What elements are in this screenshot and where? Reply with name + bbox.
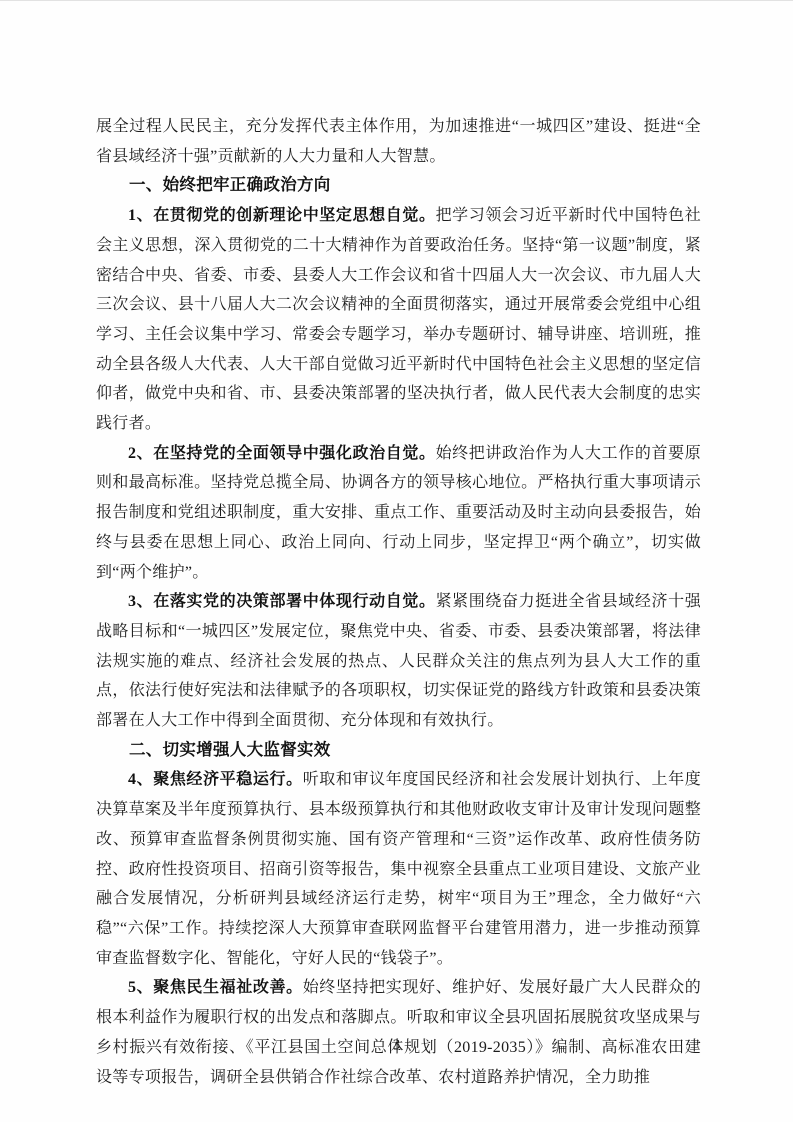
paragraph-2-lead: 2、在坚持党的全面领导中强化政治自觉。 <box>128 445 436 462</box>
paragraph-4: 4、聚焦经济平稳运行。听取和审议年度国民经济和社会发展计划执行、上年度决算草案及… <box>96 765 701 973</box>
paragraph-2-text: 始终把讲政治作为人大工作的首要原则和最高标准。坚持党总揽全局、协调各方的领导核心… <box>96 445 701 581</box>
section-heading-1: 一、始终把牢正确政治方向 <box>96 171 701 201</box>
paragraph-5-lead: 5、聚焦民生福祉改善。 <box>128 979 303 996</box>
paragraph-1-lead: 1、在贯彻党的创新理论中坚定思想自觉。 <box>128 207 436 224</box>
paragraph-3-text: 紧紧围绕奋力挺进全省县域经济十强战略目标和“一城四区”发展定位，聚焦党中央、省委… <box>96 593 701 729</box>
document-body: 展全过程人民民主，充分发挥代表主体作用，为加速推进“一城四区”建设、挺进“全省县… <box>96 112 701 1092</box>
document-page: 展全过程人民民主，充分发挥代表主体作用，为加速推进“一城四区”建设、挺进“全省县… <box>0 0 793 1122</box>
section-heading-2: 二、切实增强人大监督实效 <box>96 736 701 766</box>
page-top-edge <box>0 0 793 1</box>
paragraph-4-lead: 4、聚焦经济平稳运行。 <box>128 771 303 788</box>
paragraph-1: 1、在贯彻党的创新理论中坚定思想自觉。把学习领会习近平新时代中国特色社会主义思想… <box>96 201 701 439</box>
paragraph-5: 5、聚焦民生福祉改善。始终坚持把实现好、维护好、发展好最广大人民群众的根本利益作… <box>96 973 701 1092</box>
paragraph-4-text: 听取和审议年度国民经济和社会发展计划执行、上年度决算草案及半年度预算执行、县本级… <box>96 771 701 966</box>
paragraph-3-lead: 3、在落实党的决策部署中体现行动自觉。 <box>128 593 436 610</box>
page-number: 3 <box>0 1035 793 1055</box>
paragraph-3: 3、在落实党的决策部署中体现行动自觉。紧紧围绕奋力挺进全省县域经济十强战略目标和… <box>96 587 701 736</box>
paragraph-2: 2、在坚持党的全面领导中强化政治自觉。始终把讲政治作为人大工作的首要原则和最高标… <box>96 439 701 588</box>
continued-paragraph: 展全过程人民民主，充分发挥代表主体作用，为加速推进“一城四区”建设、挺进“全省县… <box>96 112 701 171</box>
paragraph-1-text: 把学习领会习近平新时代中国特色社会主义思想，深入贯彻党的二十大精神作为首要政治任… <box>96 207 701 432</box>
